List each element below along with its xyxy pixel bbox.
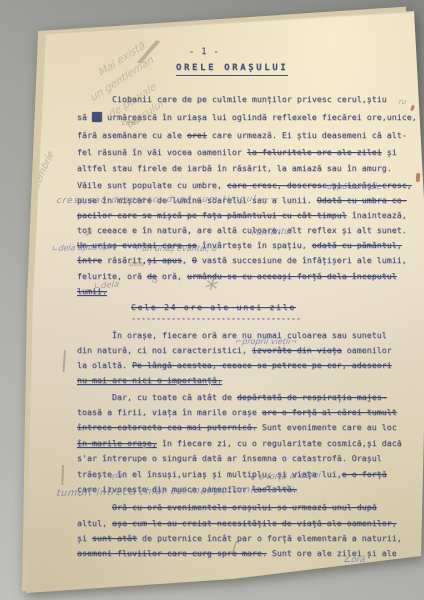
blotted-word (92, 112, 102, 122)
typed-line: tot ceeace e în natură, are altă culoare… (77, 226, 407, 234)
correction: dela (129, 261, 145, 267)
typed-text: să (77, 112, 92, 122)
typed-line: între răsărit,și apus, O vastă succesiun… (77, 256, 407, 264)
typed-text: ---------------------------------- (131, 313, 301, 323)
struck-text: e o forță (342, 469, 387, 479)
typed-text: vastă succesiune de înfățișeri ale lumii… (197, 255, 407, 265)
correction: ∟dela (94, 281, 119, 291)
struck-text: Pe lângă acestea, ceeace se petrece pe c… (132, 360, 392, 370)
typed-text: s'ar întrerupe o singură dată ar însemna… (77, 453, 382, 463)
typed-line: trăește în el însuși,uriaș și multiplu, … (77, 470, 387, 478)
typed-line: toasă a firii, viața în marile orașe are… (77, 408, 397, 416)
typed-line: ---------------------------------- (131, 314, 301, 322)
typed-text: altul, (77, 518, 112, 528)
correction: cresc sau descresc, după cum timpul —— (56, 196, 280, 206)
page-number: - 1 - (189, 48, 220, 57)
struck-text: așa cum le-au creiat necesitățile de via… (112, 518, 397, 528)
typed-text: Dar, cu toate că atât de (112, 392, 237, 402)
correction: celei (121, 119, 139, 126)
typed-line: Dar, cu toate că atât de depărtată de re… (112, 393, 387, 401)
correction: ∟dela apus spre (51, 243, 117, 253)
typed-text: de puternice încât par o forță elementar… (137, 533, 402, 543)
typed-text: care urmează. Ei știu deasemeni că alt- (207, 130, 407, 140)
paper-shadow-wrap: - 1 - ORELE ORAȘULUI Ciobanii care de pe… (0, 0, 424, 600)
typed-line: felurite, oră de oră, urmându-se cu acee… (77, 272, 397, 280)
scribble-mark: ≠ (84, 227, 93, 239)
struck-text: nu mai are nici o importanță. (77, 375, 222, 385)
struck-text: depărtată de respirația majes- (237, 392, 387, 402)
struck-text: asemeni fluviilor care curg spre mare. (77, 548, 267, 558)
struck-text: Oră cu oră evenimentele orașului se urme… (112, 502, 377, 512)
margin-stroke (62, 350, 65, 372)
paper-speck (416, 173, 421, 182)
manuscript-page: - 1 - ORELE ORAȘULUI Ciobanii care de pe… (0, 0, 424, 600)
correction: ⌐după cum ele (320, 183, 382, 190)
typed-text: și (382, 147, 397, 157)
struck-text: orei (187, 130, 207, 140)
typed-line: nu mai are nici o importanță. (77, 376, 222, 384)
correction: Pământul (251, 229, 292, 238)
typed-text: Sunt evenimente care au loc (257, 422, 397, 432)
typed-text: înaintează, (347, 210, 407, 220)
correction: ru (398, 99, 407, 106)
typed-text: din natură, ci noi caracteristici, (77, 345, 252, 355)
typed-line: fără asemănare cu ale orei care urmează.… (77, 131, 407, 139)
correction: ⌐proprii vieții¬ (235, 338, 297, 345)
typed-line: altfel stau firele de iarbă în răsărit, … (77, 164, 392, 172)
typed-text: tot ceeace e în natură, are altă culoare… (77, 225, 407, 235)
photo-backdrop: { "colors":{"ink":"#44507a","pencil":"#8… (0, 0, 424, 600)
struck-text: sunt atât (92, 533, 137, 543)
correction: la (151, 278, 158, 284)
page-title: ORELE ORAȘULUI (176, 64, 288, 76)
typed-text: în fiecare zi, cu o regularitate cosmică… (157, 438, 402, 448)
struck-text: la feluritele ore ale zilei (247, 147, 382, 157)
typed-line: Un uriaș evantai care se învârtește în s… (77, 241, 402, 249)
typed-text: la olaltă. (77, 360, 132, 370)
correction: ⌐un uriaș evantai, o (135, 245, 217, 252)
struck-text: în marile orașe, (77, 438, 157, 448)
struck-text: și apus (147, 255, 182, 265)
struck-text: între (77, 255, 102, 265)
struck-text: Odată cu umbra co- (317, 195, 407, 205)
typed-text: Văile sunt populate cu umbre, (77, 180, 227, 190)
typed-text: altfel stau firele de iarbă în răsărit, … (77, 163, 392, 173)
typed-line: pacilor care se mișcă pe fața pământului… (77, 211, 407, 219)
typed-text: Sunt ore ale zilei și ale (267, 548, 397, 558)
margin-stroke (61, 465, 63, 485)
struck-text: întrece cataracta cea mai puternică. (77, 422, 257, 432)
struck-text: izvorâte din viața (252, 345, 342, 355)
asterisk-mark: * (200, 278, 219, 303)
typed-text: toasă a firii, viața în marile orașe (77, 407, 262, 417)
typed-line: întrece cataracta cea mai puternică. Sun… (77, 423, 397, 431)
typed-text: fel răsună în văi vocea oamenilor (77, 147, 247, 157)
struck-text: odată cu pământul, (312, 240, 402, 250)
correction: tumult întrece chiar cel mai puternic fl… (56, 486, 299, 499)
typed-line: altul, așa cum le-au creiat necesitățile… (77, 519, 397, 527)
typed-text: oamenilor (342, 345, 392, 355)
typed-line: fel răsună în văi vocea oamenilor la fel… (77, 148, 397, 156)
correction: ște (111, 473, 123, 479)
typed-line: și sunt atât de puternice încât par o fo… (77, 534, 402, 542)
correction: ⌐e o forță al cărei (243, 472, 321, 482)
typed-line: în marile orașe, în fiecare zi, cu o reg… (77, 439, 402, 447)
struck-text: pacilor care se mișcă pe fața pământului… (77, 210, 347, 220)
struck-text: Cele 24 ore ale unei zile (131, 302, 296, 312)
struck-text: are o forță al cărei tumult (262, 407, 397, 417)
correction: ∠oră (343, 557, 366, 565)
typed-text: și (77, 533, 92, 543)
typed-text: fără asemănare cu ale (77, 130, 187, 140)
paper-speck (410, 105, 415, 112)
typed-text: , (182, 255, 192, 265)
typed-line: la olaltă. Pe lângă acestea, ceeace se p… (77, 361, 392, 369)
typed-line: Cele 24 ore ale unei zile (131, 303, 296, 311)
typed-line: din natură, ci noi caracteristici, izvor… (77, 346, 392, 354)
typed-text: oră, (157, 271, 187, 281)
typed-line: s'ar întrerupe o singură dată ar însemna… (77, 454, 382, 462)
typed-line: Oră cu oră evenimentele orașului se urme… (112, 503, 377, 511)
